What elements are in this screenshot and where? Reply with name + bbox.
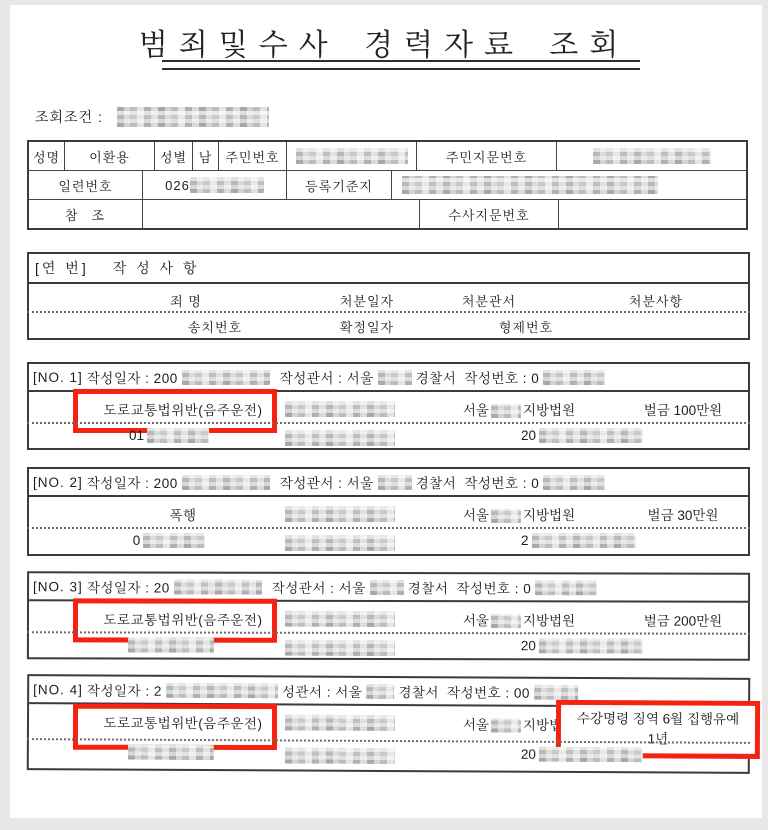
record-regno-label: 작성번호 : 0	[464, 367, 539, 387]
summary-header-row: [연 번] 작 성 사 항	[29, 254, 748, 284]
redacted-case-number	[532, 533, 636, 548]
record-number: [NO. 3]	[33, 579, 83, 594]
redacted-office-name	[378, 475, 412, 490]
resident-fingerprint-label: 주민지문번호	[417, 142, 557, 170]
redacted-record-date	[182, 475, 270, 490]
disposition-result: 벌금 30만원	[607, 504, 759, 524]
disposition-result: 벌금 100만원	[607, 399, 759, 419]
serial-number-value: 026	[143, 171, 287, 199]
record-date-label: 작성일자 : 200	[87, 472, 178, 492]
redacted-confirm-date	[285, 640, 395, 656]
court-prefix: 서울	[463, 717, 489, 732]
person-info-table: 성명 이환용 성별 남 주민번호 주민지문번호 일련번호 026 등록기준지 참…	[27, 140, 748, 230]
page-title: 범죄및수사 경력자료 조회	[0, 20, 768, 64]
query-condition-label: 조회조건 :	[35, 109, 103, 125]
dotted-divider	[27, 311, 750, 313]
redacted-court-name	[491, 719, 521, 733]
crime-name: 폭행	[77, 504, 289, 524]
record-date-label: 작성일자 : 200	[87, 367, 178, 387]
summary-columns: 죄 명 처분일자 처분관서 처분사항 송치번호 확정일자 형제번호	[29, 284, 748, 338]
redacted-office-name	[370, 579, 404, 594]
registry-label: 등록기준지	[287, 171, 392, 199]
send-number	[89, 744, 249, 760]
reference-value-cell	[143, 200, 420, 228]
court-prefix: 서울	[463, 613, 489, 628]
column-disposition: 처분사항	[601, 291, 711, 310]
redacted-record-date	[182, 370, 270, 385]
column-send-number: 송치번호	[160, 317, 270, 336]
case-number: 2	[521, 533, 701, 548]
summary-title: 작 성 사 항	[113, 258, 200, 278]
redacted-case-number	[539, 747, 643, 763]
crime-name: 도로교통법위반(음주운전)	[77, 608, 289, 628]
investigation-fingerprint-value-cell	[559, 200, 746, 228]
redacted-rrn-value	[296, 148, 408, 164]
redacted-court-name	[491, 404, 521, 418]
case-number-prefix: 20	[521, 638, 536, 653]
record-office-label: 성관서 : 서울	[282, 680, 363, 700]
name-label: 성명	[29, 142, 65, 170]
table-row: 성명 이환용 성별 남 주민번호 주민지문번호	[29, 142, 746, 171]
case-number: 20	[521, 428, 701, 443]
title-underline	[162, 60, 640, 70]
gender-value: 남	[193, 142, 219, 170]
record-header: [NO. 1] 작성일자 : 200 작성관서 : 서울 경찰서 작성번호 : …	[29, 364, 748, 392]
disposition-result-line2: 1년	[648, 729, 669, 749]
case-number: 20	[521, 638, 701, 653]
record-office-label: 작성관서 : 서울	[280, 472, 374, 492]
send-number-prefix: 0	[133, 533, 141, 548]
record-regno-label: 작성번호 : 00	[447, 681, 530, 701]
disposition-result: 벌금 200만원	[607, 609, 759, 629]
dotted-divider	[27, 527, 750, 529]
record-number: [NO. 4]	[33, 682, 83, 697]
redacted-send-number	[143, 533, 205, 548]
registry-value-cell	[392, 171, 746, 199]
court-prefix: 서울	[463, 508, 489, 523]
send-number	[89, 637, 249, 652]
send-number: 0	[89, 533, 249, 548]
column-disposition-date: 처분일자	[312, 291, 422, 310]
record-no2: [NO. 2] 작성일자 : 200 작성관서 : 서울 경찰서 작성번호 : …	[27, 467, 750, 556]
rrn-label: 주민번호	[219, 142, 287, 170]
case-number-prefix: 20	[521, 747, 536, 762]
record-office-label: 작성관서 : 서울	[280, 367, 374, 387]
redacted-record-date	[166, 682, 278, 698]
redacted-disposition-date	[285, 506, 395, 522]
dotted-divider	[27, 422, 750, 424]
redacted-resident-fingerprint	[593, 148, 711, 164]
resident-fingerprint-value-cell	[557, 142, 746, 170]
redacted-send-number	[127, 637, 213, 652]
redacted-office-name	[366, 683, 394, 698]
record-regno-label: 작성번호 : 0	[464, 472, 539, 492]
reference-label: 참조	[29, 200, 143, 228]
redacted-send-number	[147, 428, 209, 443]
send-number-prefix: 01	[129, 428, 144, 443]
record-number: [NO. 1]	[33, 370, 83, 385]
redacted-case-number	[539, 638, 643, 653]
disposition-office: 서울지방법원	[429, 609, 609, 629]
document-page: 범죄및수사 경력자료 조회 조회조건 : 성명 이환용 성별 남 주민번호 주민…	[0, 0, 768, 830]
redacted-record-regno	[543, 370, 605, 385]
record-office-label: 작성관서 : 서울	[272, 577, 366, 597]
column-case-number: 형제번호	[471, 317, 581, 336]
redacted-confirm-date	[285, 747, 395, 764]
record-header: [NO. 2] 작성일자 : 200 작성관서 : 서울 경찰서 작성번호 : …	[29, 469, 748, 497]
redacted-registry-value	[402, 176, 658, 194]
index-label: [연 번]	[35, 258, 89, 278]
record-no4: [NO. 4] 작성일자 : 2 성관서 : 서울 경찰서 작성번호 : 00 …	[27, 674, 750, 774]
redacted-send-number	[127, 745, 213, 760]
table-row: 일련번호 026 등록기준지	[29, 171, 746, 200]
record-no1: [NO. 1] 작성일자 : 200 작성관서 : 서울 경찰서 작성번호 : …	[27, 362, 750, 450]
redacted-court-name	[491, 509, 521, 523]
redacted-office-name	[378, 370, 412, 385]
case-number-prefix: 20	[521, 428, 536, 443]
court-prefix: 서울	[463, 403, 489, 418]
disposition-office: 서울지방법원	[429, 504, 609, 524]
record-regno-label: 작성번호 : 0	[456, 577, 531, 597]
record-office-suffix: 경찰서	[416, 472, 457, 492]
redacted-query-value	[117, 107, 269, 127]
column-disposition-office: 처분관서	[434, 291, 544, 310]
redacted-case-number	[539, 428, 643, 443]
record-office-suffix: 경찰서	[398, 681, 439, 701]
court-suffix: 지방법원	[523, 613, 575, 628]
redacted-disposition-date	[285, 401, 395, 417]
record-number: [NO. 2]	[33, 475, 83, 490]
redacted-court-name	[491, 614, 521, 628]
disposition-office: 서울지방법원	[429, 399, 609, 419]
query-condition-line: 조회조건 :	[35, 107, 269, 127]
redacted-disposition-date	[285, 714, 395, 731]
record-date-label: 작성일자 : 20	[87, 576, 170, 596]
investigation-fingerprint-label: 수사지문번호	[420, 200, 559, 228]
record-office-suffix: 경찰서	[416, 367, 457, 387]
rrn-value-cell	[287, 142, 417, 170]
redacted-serial-number	[190, 177, 264, 193]
summary-header-box: [연 번] 작 성 사 항 죄 명 처분일자 처분관서 처분사항 송치번호 확정…	[27, 252, 750, 340]
record-office-suffix: 경찰서	[408, 577, 449, 597]
disposition-result-line1: 수강명령 징역 6월 집행유예	[577, 709, 739, 729]
redacted-confirm-date	[285, 430, 395, 446]
column-crime: 죄 명	[131, 291, 241, 310]
redacted-confirm-date	[285, 535, 395, 551]
case-number-prefix: 2	[521, 533, 529, 548]
serial-number-label: 일련번호	[29, 171, 143, 199]
record-date-label: 작성일자 : 2	[87, 679, 162, 699]
gender-label: 성별	[155, 142, 193, 170]
send-number: 01	[89, 428, 249, 443]
serial-number-prefix: 026	[165, 178, 190, 193]
column-confirm-date: 확정일자	[312, 317, 422, 336]
redacted-record-regno	[543, 475, 605, 490]
record-no3: [NO. 3] 작성일자 : 20 작성관서 : 서울 경찰서 작성번호 : 0…	[27, 571, 750, 661]
redacted-record-regno	[535, 580, 597, 595]
redacted-record-regno	[534, 684, 578, 699]
name-value: 이환용	[65, 142, 155, 170]
redacted-disposition-date	[285, 611, 395, 627]
crime-name: 도로교통법위반(음주운전)	[77, 711, 289, 732]
case-number: 20	[521, 747, 701, 763]
court-suffix: 지방법원	[523, 403, 575, 418]
table-row: 참조 수사지문번호	[29, 200, 746, 228]
court-suffix: 지방법원	[523, 508, 575, 523]
redacted-record-date	[174, 579, 262, 594]
crime-name: 도로교통법위반(음주운전)	[77, 399, 289, 419]
